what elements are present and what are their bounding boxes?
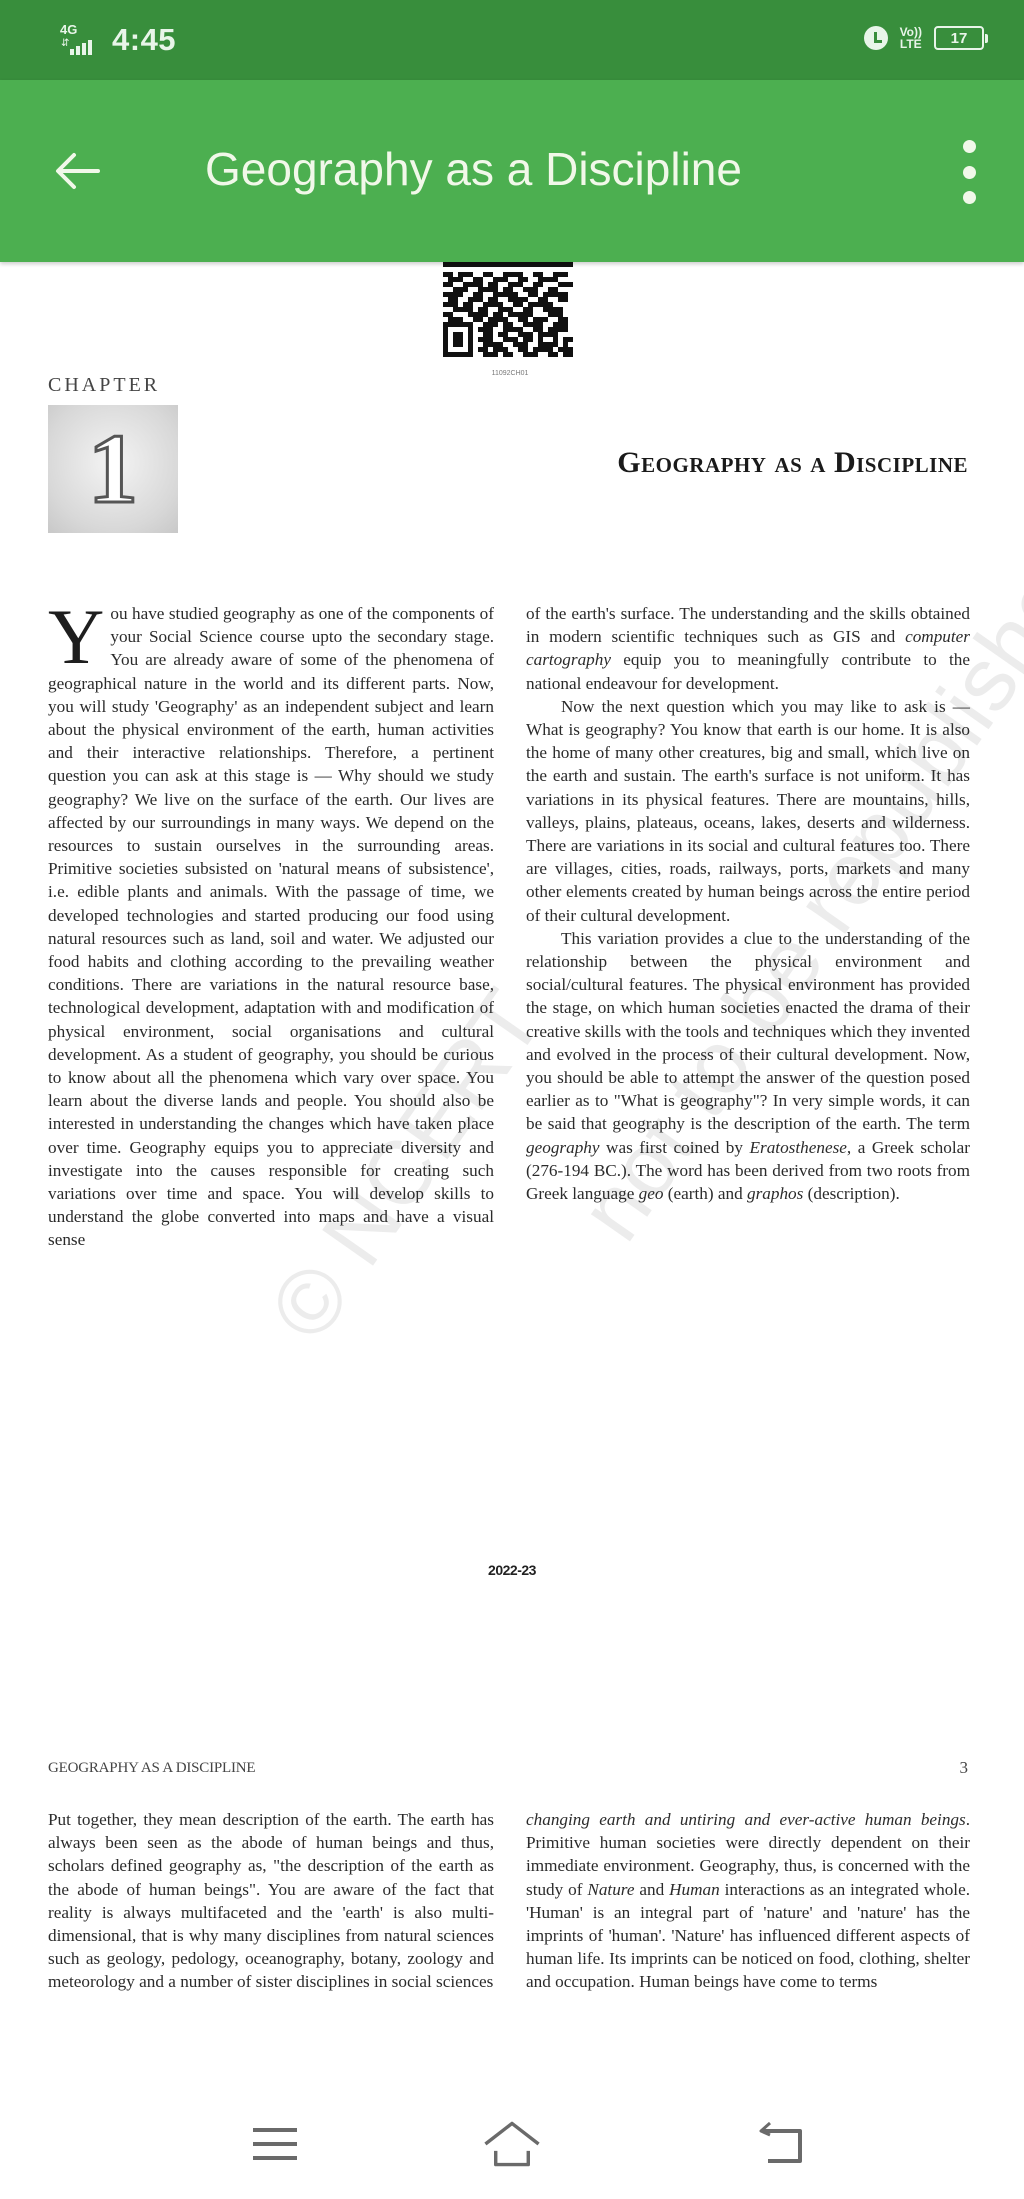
paragraph: You have studied geography as one of the… [48,602,494,1252]
running-header: GEOGRAPHY AS A DISCIPLINE [48,1760,255,1777]
battery-level: 17 [951,30,968,47]
alarm-icon [864,26,888,50]
recent-apps-button[interactable] [245,2114,305,2174]
data-arrows-icon: ⇵ [61,39,69,49]
back-nav-button[interactable] [752,2114,812,2174]
italic-text: changing earth and untiring and ever-act… [526,1810,966,1829]
paragraph-text: ou have studied geography as one of the … [48,604,494,1249]
volte-icon: Vo)) LTE [900,26,922,50]
signal-bars-icon [70,40,92,55]
clock: 4:45 [112,22,176,58]
paragraph: of the earth's surface. The understandin… [526,602,970,695]
more-vertical-icon-dot [963,166,976,179]
year-footer: 2022-23 [0,1562,1024,1578]
text: and [634,1880,669,1899]
more-vertical-icon-dot [963,191,976,204]
paragraph: changing earth and untiring and ever-act… [526,1808,970,1994]
text: (description). [803,1184,899,1203]
network-type: 4G [60,23,77,36]
battery-icon: 17 [934,26,984,50]
right-column: of the earth's surface. The understandin… [526,602,970,1205]
home-icon [482,2116,542,2172]
volte-bottom: LTE [900,37,922,51]
status-left: 4G ⇵ 4:45 [58,22,176,58]
page-number: 3 [960,1758,969,1778]
more-options-button[interactable] [954,140,984,204]
page-title: Geography as a Discipline [205,142,742,196]
status-bar: 4G ⇵ 4:45 Vo)) LTE 17 [0,0,1024,80]
italic-text: geo [639,1184,664,1203]
italic-text: Human [669,1880,720,1899]
italic-text: Nature [587,1880,634,1899]
chapter-number: 1 [88,419,138,519]
more-vertical-icon [963,140,976,153]
text: of the earth's surface. The understandin… [526,604,970,646]
paragraph: Put together, they mean description of t… [48,1808,494,1994]
paragraph: This variation provides a clue to the un… [526,927,970,1205]
text: was first coined by [600,1138,750,1157]
arrow-left-icon [54,151,100,191]
app-bar: Geography as a Discipline [0,80,1024,262]
text: (earth) and [663,1184,747,1203]
chapter-number-box: 1 [48,405,178,533]
recent-apps-icon [251,2122,299,2166]
chapter-title: Geography as a Discipline [617,446,968,480]
italic-text: graphos [747,1184,803,1203]
italic-text: geography [526,1138,600,1157]
status-right: Vo)) LTE 17 [864,26,984,50]
right-column-page-2: changing earth and untiring and ever-act… [526,1808,970,1994]
qr-code[interactable] [443,262,573,362]
signal-icon: 4G ⇵ [58,23,102,57]
italic-text: Eratosthenese [750,1138,847,1157]
chapter-label: CHAPTER [48,374,160,397]
home-button[interactable] [482,2114,542,2174]
text: This variation provides a clue to the un… [526,929,970,1134]
navigation-bar [0,2090,1024,2199]
back-icon [756,2121,808,2167]
back-button[interactable] [50,144,104,198]
drop-cap: Y [48,606,104,668]
qr-code-label: 11092CH01 [420,370,600,377]
paragraph: Now the next question which you may like… [526,695,970,927]
left-column: You have studied geography as one of the… [48,602,494,1252]
left-column-page-2: Put together, they mean description of t… [48,1808,494,1994]
